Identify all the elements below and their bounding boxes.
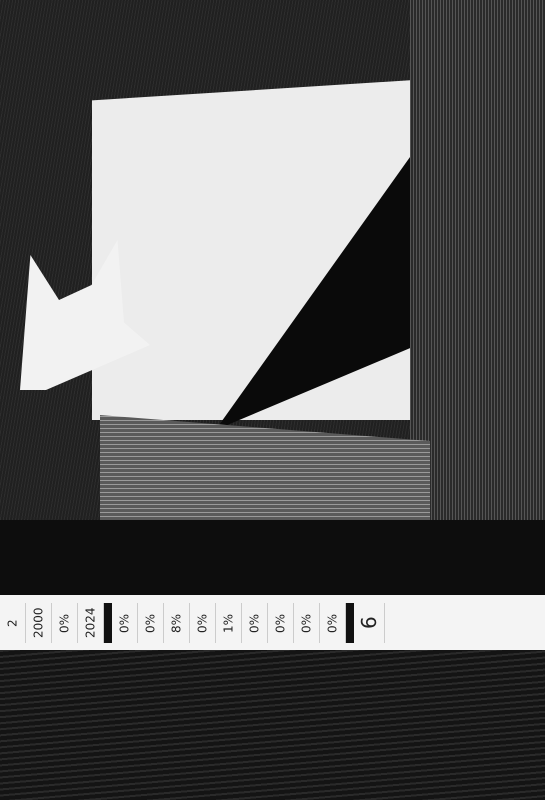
photograph: 220000%20240%0%8%0%1%0%0%0%0%6 — [0, 0, 545, 800]
charcoal-drawing — [0, 0, 545, 600]
dark-foreground — [0, 520, 545, 600]
strip-cell: 2000 — [26, 603, 52, 643]
black-bar — [346, 603, 354, 643]
wooden-table — [0, 650, 545, 800]
black-bar — [104, 603, 112, 643]
strip-cell: 6 — [354, 603, 385, 643]
strip-cell: 0% — [190, 603, 216, 643]
strip-cell: 0% — [52, 603, 78, 643]
strip-cell: 0% — [138, 603, 164, 643]
strip-cell: 0% — [268, 603, 294, 643]
strip-cell: 0% — [294, 603, 320, 643]
strip-cell: 0% — [320, 603, 346, 643]
printed-paper-strip: 220000%20240%0%8%0%1%0%0%0%0%6 — [0, 595, 545, 652]
strip-cell: 0% — [242, 603, 268, 643]
strip-cell: 8% — [164, 603, 190, 643]
strip-cell: 0% — [112, 603, 138, 643]
strip-cell: 2 — [0, 603, 26, 643]
strip-cell: 1% — [216, 603, 242, 643]
right-wall — [410, 0, 545, 560]
strip-cell: 2024 — [78, 603, 104, 643]
